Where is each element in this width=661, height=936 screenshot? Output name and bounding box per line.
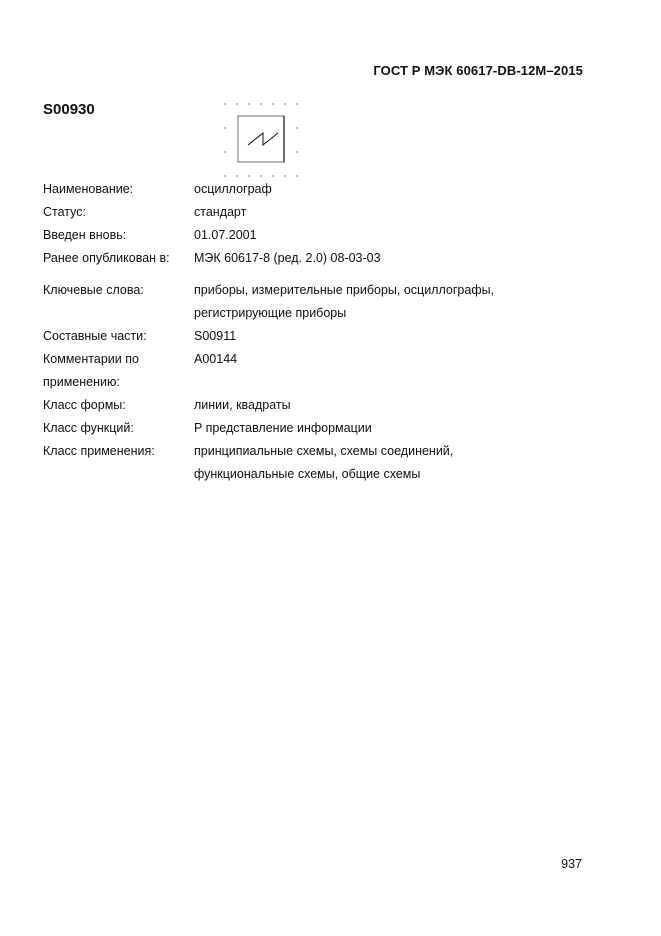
- field-label: Комментарии по применению:: [43, 348, 194, 394]
- field-value-line: приборы, измерительные приборы, осциллог…: [194, 279, 563, 302]
- field-label: Статус:: [43, 201, 194, 224]
- field-keywords: Ключевые слова: приборы, измерительные п…: [43, 279, 563, 325]
- field-label: Наименование:: [43, 178, 194, 201]
- field-value-line: принципиальные схемы, схемы соединений,: [194, 440, 563, 463]
- field-introduced: Введен вновь: 01.07.2001: [43, 224, 563, 247]
- grid-dots: [224, 103, 297, 176]
- field-label-line: Комментарии по: [43, 348, 194, 371]
- field-value: линии, квадраты: [194, 394, 563, 417]
- field-name: Наименование: осциллограф: [43, 178, 563, 201]
- field-label: Ранее опубликован в:: [43, 247, 194, 270]
- field-value: 01.07.2001: [194, 224, 563, 247]
- field-label: Ключевые слова:: [43, 279, 194, 302]
- field-label: Составные части:: [43, 325, 194, 348]
- field-value: МЭК 60617-8 (ред. 2.0) 08-03-03: [194, 247, 563, 270]
- field-status: Статус: стандарт: [43, 201, 563, 224]
- field-value-line: функциональные схемы, общие схемы: [194, 463, 563, 486]
- field-value: стандарт: [194, 201, 563, 224]
- field-label-line: применению:: [43, 371, 194, 394]
- field-value: приборы, измерительные приборы, осциллог…: [194, 279, 563, 325]
- field-components: Составные части: S00911: [43, 325, 563, 348]
- field-application-class: Класс применения: принципиальные схемы, …: [43, 440, 563, 486]
- field-previously-published: Ранее опубликован в: МЭК 60617-8 (ред. 2…: [43, 247, 563, 270]
- field-label: Введен вновь:: [43, 224, 194, 247]
- field-shape-class: Класс формы: линии, квадраты: [43, 394, 563, 417]
- field-value: A00144: [194, 348, 563, 371]
- page-number: 937: [561, 857, 582, 871]
- field-value-line: регистрирующие приборы: [194, 302, 563, 325]
- field-value: P представление информации: [194, 417, 563, 440]
- field-function-class: Класс функций: P представление информаци…: [43, 417, 563, 440]
- field-label: Класс функций:: [43, 417, 194, 440]
- oscillograph-symbol-icon: [222, 100, 302, 180]
- symbol-id: S00930: [43, 101, 95, 118]
- field-value: принципиальные схемы, схемы соединений, …: [194, 440, 563, 486]
- symbol-fields: Наименование: осциллограф Статус: станда…: [43, 178, 563, 486]
- field-value: S00911: [194, 325, 563, 348]
- field-application-notes: Комментарии по применению: A00144: [43, 348, 563, 394]
- field-label: Класс формы:: [43, 394, 194, 417]
- field-value: осциллограф: [194, 178, 563, 201]
- standard-code-header: ГОСТ Р МЭК 60617-DB-12M–2015: [373, 63, 583, 78]
- field-label: Класс применения:: [43, 440, 194, 463]
